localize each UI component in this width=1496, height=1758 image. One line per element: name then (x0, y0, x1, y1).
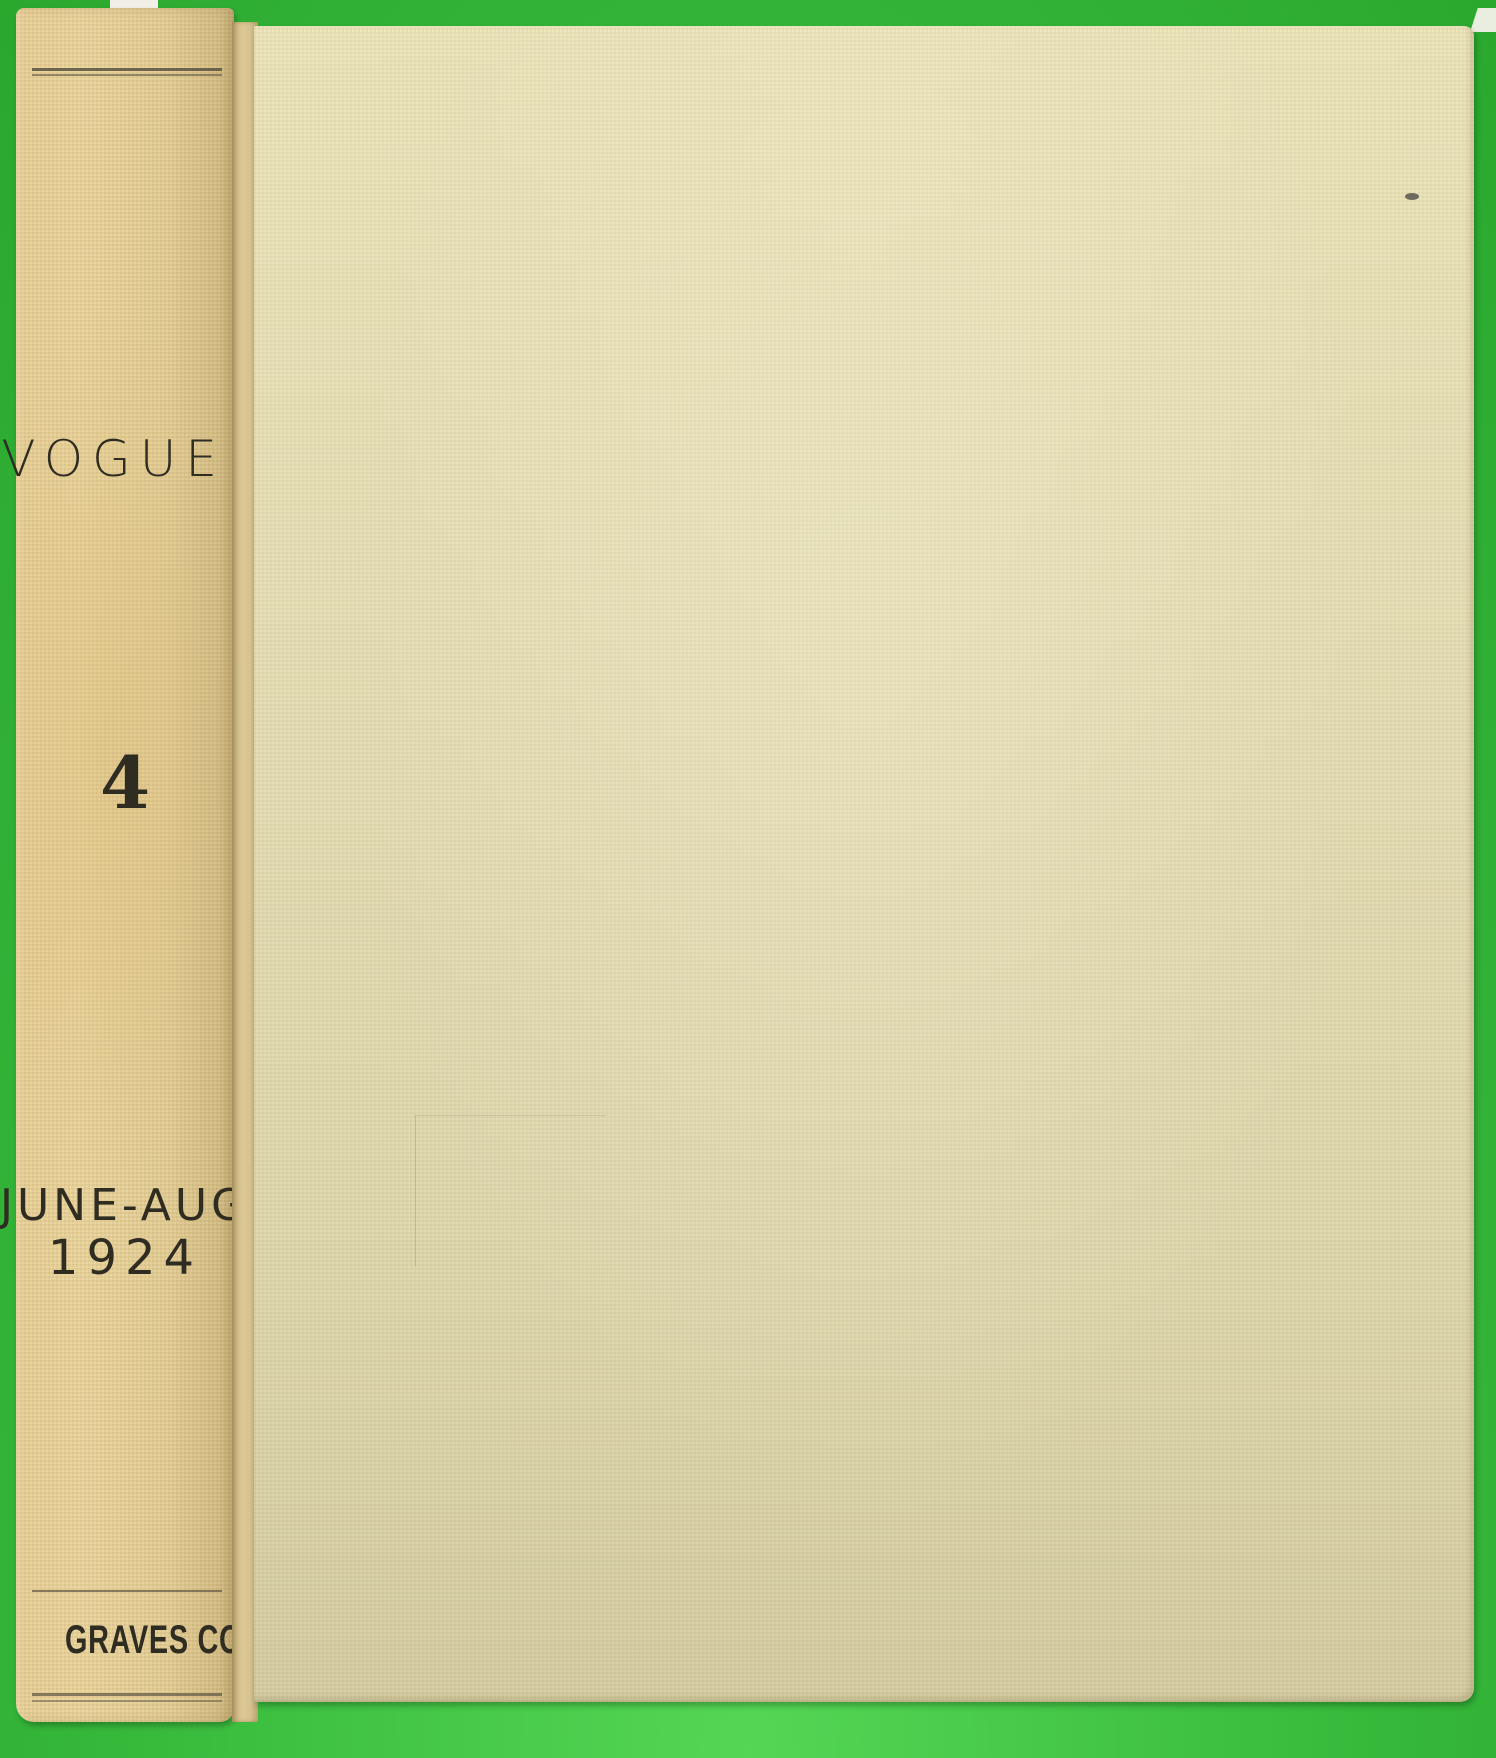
spine-title: VOGUE (0, 430, 232, 488)
spine-bottom-rule (32, 1693, 222, 1696)
spine-bottom-rule (32, 1700, 222, 1702)
spine-binder-label: GRAVES COST. CO (65, 1618, 232, 1663)
spine-volume-number: 4 (30, 740, 220, 825)
faint-pencil-mark (415, 1115, 606, 1266)
spine-label-rule (32, 1590, 222, 1592)
spine-top-rule (32, 74, 222, 76)
cover-blemish (1405, 193, 1419, 200)
book-spine (16, 8, 234, 1722)
spine-months: JUNE-AUG (0, 1180, 232, 1231)
spine-year: 1924 (30, 1230, 220, 1286)
front-cover (254, 26, 1474, 1702)
spine-top-rule (32, 68, 222, 71)
